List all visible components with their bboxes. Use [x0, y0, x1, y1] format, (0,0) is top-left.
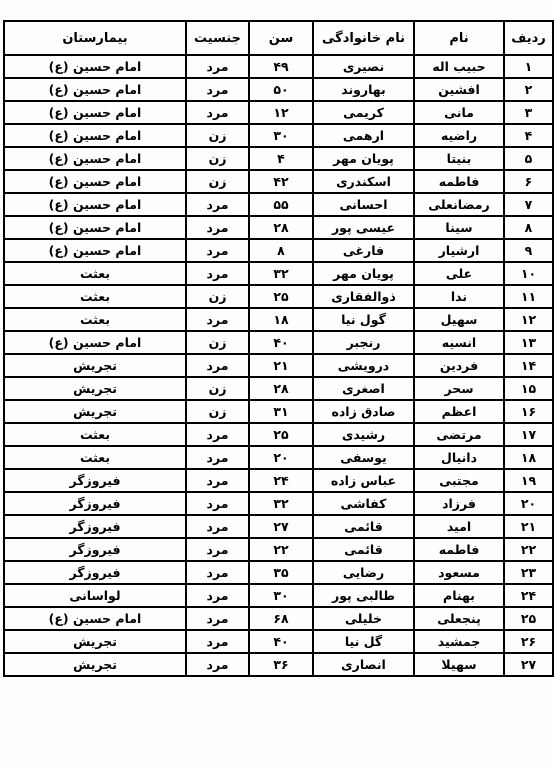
table-row: ۲۲فاطمهقائمی۲۲مردفیروزگر: [4, 538, 553, 561]
cell-name: ارشیار: [414, 239, 504, 262]
cell-age: ۲۲: [249, 538, 313, 561]
cell-age: ۳۲: [249, 492, 313, 515]
cell-name: بنیتا: [414, 147, 504, 170]
scanned-document-page: ردیفنامنام خانوادگیسنجنسیتبیمارستان ۱حبی…: [0, 0, 554, 772]
table-row: ۱۰علیپویان مهر۳۲مردبعثت: [4, 262, 553, 285]
cell-surname: کریمی: [313, 101, 414, 124]
cell-surname: رنجبر: [313, 331, 414, 354]
header-row: ردیفنامنام خانوادگیسنجنسیتبیمارستان: [4, 21, 553, 55]
cell-age: ۳۰: [249, 124, 313, 147]
table-row: ۲۴بهنامطالبی پور۳۰مردلواسانی: [4, 584, 553, 607]
table-row: ۳مانیکریمی۱۲مردامام حسین (ع): [4, 101, 553, 124]
cell-radif: ۱۶: [504, 400, 553, 423]
cell-age: ۴: [249, 147, 313, 170]
cell-surname: عیسی پور: [313, 216, 414, 239]
cell-gender: مرد: [186, 55, 249, 78]
cell-age: ۴۰: [249, 331, 313, 354]
cell-age: ۶۸: [249, 607, 313, 630]
cell-hospital: امام حسین (ع): [4, 124, 186, 147]
cell-gender: مرد: [186, 561, 249, 584]
cell-surname: عباس زاده: [313, 469, 414, 492]
cell-hospital: تجریش: [4, 653, 186, 676]
patients-table: ردیفنامنام خانوادگیسنجنسیتبیمارستان ۱حبی…: [3, 20, 554, 677]
column-header-hospital: بیمارستان: [4, 21, 186, 55]
cell-age: ۲۸: [249, 216, 313, 239]
table-row: ۱۹مجتبیعباس زاده۲۴مردفیروزگر: [4, 469, 553, 492]
cell-hospital: فیروزگر: [4, 492, 186, 515]
cell-age: ۲۵: [249, 285, 313, 308]
cell-hospital: فیروزگر: [4, 538, 186, 561]
cell-gender: زن: [186, 285, 249, 308]
cell-name: سحر: [414, 377, 504, 400]
cell-gender: مرد: [186, 308, 249, 331]
cell-radif: ۲۶: [504, 630, 553, 653]
cell-radif: ۱۸: [504, 446, 553, 469]
column-header-gender: جنسیت: [186, 21, 249, 55]
cell-gender: زن: [186, 124, 249, 147]
cell-gender: مرد: [186, 538, 249, 561]
cell-name: امید: [414, 515, 504, 538]
cell-name: اعظم: [414, 400, 504, 423]
cell-radif: ۲۷: [504, 653, 553, 676]
cell-name: پنجعلی: [414, 607, 504, 630]
cell-surname: یوسفی: [313, 446, 414, 469]
cell-surname: خلیلی: [313, 607, 414, 630]
cell-name: مسعود: [414, 561, 504, 584]
cell-name: فاطمه: [414, 170, 504, 193]
cell-radif: ۲: [504, 78, 553, 101]
table-row: ۱۳انسیهرنجبر۴۰زنامام حسین (ع): [4, 331, 553, 354]
cell-radif: ۱۱: [504, 285, 553, 308]
cell-age: ۵۵: [249, 193, 313, 216]
cell-hospital: تجریش: [4, 354, 186, 377]
cell-gender: مرد: [186, 216, 249, 239]
cell-name: انسیه: [414, 331, 504, 354]
cell-gender: مرد: [186, 469, 249, 492]
cell-name: فرزاد: [414, 492, 504, 515]
cell-age: ۱۲: [249, 101, 313, 124]
cell-surname: فارغی: [313, 239, 414, 262]
cell-radif: ۱۰: [504, 262, 553, 285]
cell-surname: ارهمی: [313, 124, 414, 147]
cell-surname: انصاری: [313, 653, 414, 676]
cell-hospital: فیروزگر: [4, 515, 186, 538]
cell-radif: ۲۰: [504, 492, 553, 515]
cell-name: مجتبی: [414, 469, 504, 492]
cell-hospital: امام حسین (ع): [4, 607, 186, 630]
cell-age: ۳۶: [249, 653, 313, 676]
cell-hospital: بعثت: [4, 423, 186, 446]
table-row: ۴راضیهارهمی۳۰زنامام حسین (ع): [4, 124, 553, 147]
cell-hospital: امام حسین (ع): [4, 147, 186, 170]
cell-name: مرتضی: [414, 423, 504, 446]
table-row: ۲افشینبهاروند۵۰مردامام حسین (ع): [4, 78, 553, 101]
cell-radif: ۵: [504, 147, 553, 170]
cell-hospital: بعثت: [4, 262, 186, 285]
cell-radif: ۶: [504, 170, 553, 193]
cell-surname: اصغری: [313, 377, 414, 400]
cell-age: ۴۹: [249, 55, 313, 78]
table-row: ۲۳مسعودرضایی۳۵مردفیروزگر: [4, 561, 553, 584]
table-row: ۱حبیب الهنصیری۴۹مردامام حسین (ع): [4, 55, 553, 78]
cell-gender: مرد: [186, 78, 249, 101]
cell-name: سینا: [414, 216, 504, 239]
cell-gender: مرد: [186, 446, 249, 469]
cell-hospital: امام حسین (ع): [4, 78, 186, 101]
cell-gender: زن: [186, 331, 249, 354]
cell-name: راضیه: [414, 124, 504, 147]
table-row: ۱۱نداذوالفقاری۲۵زنبعثت: [4, 285, 553, 308]
cell-age: ۴۲: [249, 170, 313, 193]
cell-hospital: امام حسین (ع): [4, 331, 186, 354]
cell-age: ۴۰: [249, 630, 313, 653]
cell-name: حبیب اله: [414, 55, 504, 78]
cell-gender: مرد: [186, 630, 249, 653]
table-row: ۱۶اعظمصادق زاده۳۱زنتجریش: [4, 400, 553, 423]
table-body: ۱حبیب الهنصیری۴۹مردامام حسین (ع)۲افشینبه…: [4, 55, 553, 676]
cell-name: فاطمه: [414, 538, 504, 561]
cell-radif: ۱۷: [504, 423, 553, 446]
cell-hospital: فیروزگر: [4, 469, 186, 492]
cell-age: ۸: [249, 239, 313, 262]
table-row: ۲۱امیدقائمی۲۷مردفیروزگر: [4, 515, 553, 538]
cell-surname: قائمی: [313, 515, 414, 538]
cell-age: ۱۸: [249, 308, 313, 331]
cell-gender: مرد: [186, 492, 249, 515]
cell-name: فردین: [414, 354, 504, 377]
cell-hospital: لواسانی: [4, 584, 186, 607]
cell-gender: مرد: [186, 354, 249, 377]
cell-surname: پویان مهر: [313, 147, 414, 170]
table-row: ۲۵پنجعلیخلیلی۶۸مردامام حسین (ع): [4, 607, 553, 630]
cell-age: ۲۱: [249, 354, 313, 377]
cell-surname: قائمی: [313, 538, 414, 561]
cell-hospital: امام حسین (ع): [4, 101, 186, 124]
cell-radif: ۹: [504, 239, 553, 262]
cell-age: ۲۸: [249, 377, 313, 400]
cell-gender: زن: [186, 377, 249, 400]
table-row: ۱۲سهیلگول نیا۱۸مردبعثت: [4, 308, 553, 331]
cell-surname: ذوالفقاری: [313, 285, 414, 308]
cell-gender: مرد: [186, 423, 249, 446]
table-row: ۲۷سهیلاانصاری۳۶مردتجریش: [4, 653, 553, 676]
cell-gender: مرد: [186, 239, 249, 262]
cell-age: ۳۰: [249, 584, 313, 607]
cell-gender: مرد: [186, 584, 249, 607]
cell-name: دانیال: [414, 446, 504, 469]
table-row: ۵بنیتاپویان مهر۴زنامام حسین (ع): [4, 147, 553, 170]
cell-gender: مرد: [186, 101, 249, 124]
cell-radif: ۱۹: [504, 469, 553, 492]
cell-hospital: امام حسین (ع): [4, 216, 186, 239]
cell-radif: ۱: [504, 55, 553, 78]
cell-surname: درویشی: [313, 354, 414, 377]
cell-name: رمضانعلی: [414, 193, 504, 216]
cell-radif: ۱۲: [504, 308, 553, 331]
cell-surname: گول نیا: [313, 308, 414, 331]
cell-hospital: امام حسین (ع): [4, 170, 186, 193]
cell-name: بهنام: [414, 584, 504, 607]
cell-surname: نصیری: [313, 55, 414, 78]
cell-name: ندا: [414, 285, 504, 308]
cell-name: مانی: [414, 101, 504, 124]
cell-radif: ۷: [504, 193, 553, 216]
cell-age: ۲۰: [249, 446, 313, 469]
cell-radif: ۱۵: [504, 377, 553, 400]
cell-radif: ۲۵: [504, 607, 553, 630]
cell-surname: احسانی: [313, 193, 414, 216]
table-row: ۱۸دانیالیوسفی۲۰مردبعثت: [4, 446, 553, 469]
cell-hospital: بعثت: [4, 446, 186, 469]
cell-name: افشین: [414, 78, 504, 101]
cell-radif: ۲۲: [504, 538, 553, 561]
cell-hospital: امام حسین (ع): [4, 239, 186, 262]
cell-gender: مرد: [186, 607, 249, 630]
cell-age: ۳۵: [249, 561, 313, 584]
cell-gender: زن: [186, 147, 249, 170]
table-row: ۲۰فرزادکفاشی۳۲مردفیروزگر: [4, 492, 553, 515]
cell-surname: رشیدی: [313, 423, 414, 446]
cell-hospital: امام حسین (ع): [4, 193, 186, 216]
cell-name: علی: [414, 262, 504, 285]
cell-hospital: تجریش: [4, 377, 186, 400]
cell-hospital: فیروزگر: [4, 561, 186, 584]
cell-surname: طالبی پور: [313, 584, 414, 607]
cell-surname: گل نیا: [313, 630, 414, 653]
cell-hospital: بعثت: [4, 308, 186, 331]
cell-radif: ۴: [504, 124, 553, 147]
column-header-surname: نام خانوادگی: [313, 21, 414, 55]
cell-age: ۳۱: [249, 400, 313, 423]
column-header-name: نام: [414, 21, 504, 55]
cell-surname: بهاروند: [313, 78, 414, 101]
cell-name: جمشید: [414, 630, 504, 653]
cell-gender: مرد: [186, 515, 249, 538]
column-header-radif: ردیف: [504, 21, 553, 55]
table-row: ۶فاطمهاسکندری۴۲زنامام حسین (ع): [4, 170, 553, 193]
cell-radif: ۸: [504, 216, 553, 239]
cell-hospital: تجریش: [4, 400, 186, 423]
cell-radif: ۱۳: [504, 331, 553, 354]
cell-radif: ۱۴: [504, 354, 553, 377]
cell-hospital: تجریش: [4, 630, 186, 653]
table-row: ۹ارشیارفارغی۸مردامام حسین (ع): [4, 239, 553, 262]
cell-age: ۲۵: [249, 423, 313, 446]
cell-surname: اسکندری: [313, 170, 414, 193]
cell-name: سهیلا: [414, 653, 504, 676]
cell-age: ۵۰: [249, 78, 313, 101]
cell-radif: ۳: [504, 101, 553, 124]
cell-surname: رضایی: [313, 561, 414, 584]
cell-hospital: امام حسین (ع): [4, 55, 186, 78]
cell-age: ۲۷: [249, 515, 313, 538]
cell-name: سهیل: [414, 308, 504, 331]
table-row: ۸سیناعیسی پور۲۸مردامام حسین (ع): [4, 216, 553, 239]
cell-gender: زن: [186, 170, 249, 193]
cell-gender: مرد: [186, 193, 249, 216]
table-row: ۱۵سحراصغری۲۸زنتجریش: [4, 377, 553, 400]
table-row: ۱۷مرتضیرشیدی۲۵مردبعثت: [4, 423, 553, 446]
cell-surname: صادق زاده: [313, 400, 414, 423]
cell-hospital: بعثت: [4, 285, 186, 308]
table-head: ردیفنامنام خانوادگیسنجنسیتبیمارستان: [4, 21, 553, 55]
cell-gender: زن: [186, 400, 249, 423]
cell-radif: ۲۳: [504, 561, 553, 584]
cell-gender: مرد: [186, 653, 249, 676]
table-row: ۲۶جمشیدگل نیا۴۰مردتجریش: [4, 630, 553, 653]
cell-age: ۲۴: [249, 469, 313, 492]
cell-gender: مرد: [186, 262, 249, 285]
cell-radif: ۲۱: [504, 515, 553, 538]
table-row: ۱۴فردیندرویشی۲۱مردتجریش: [4, 354, 553, 377]
cell-age: ۳۲: [249, 262, 313, 285]
cell-radif: ۲۴: [504, 584, 553, 607]
column-header-age: سن: [249, 21, 313, 55]
cell-surname: پویان مهر: [313, 262, 414, 285]
cell-surname: کفاشی: [313, 492, 414, 515]
table-row: ۷رمضانعلیاحسانی۵۵مردامام حسین (ع): [4, 193, 553, 216]
